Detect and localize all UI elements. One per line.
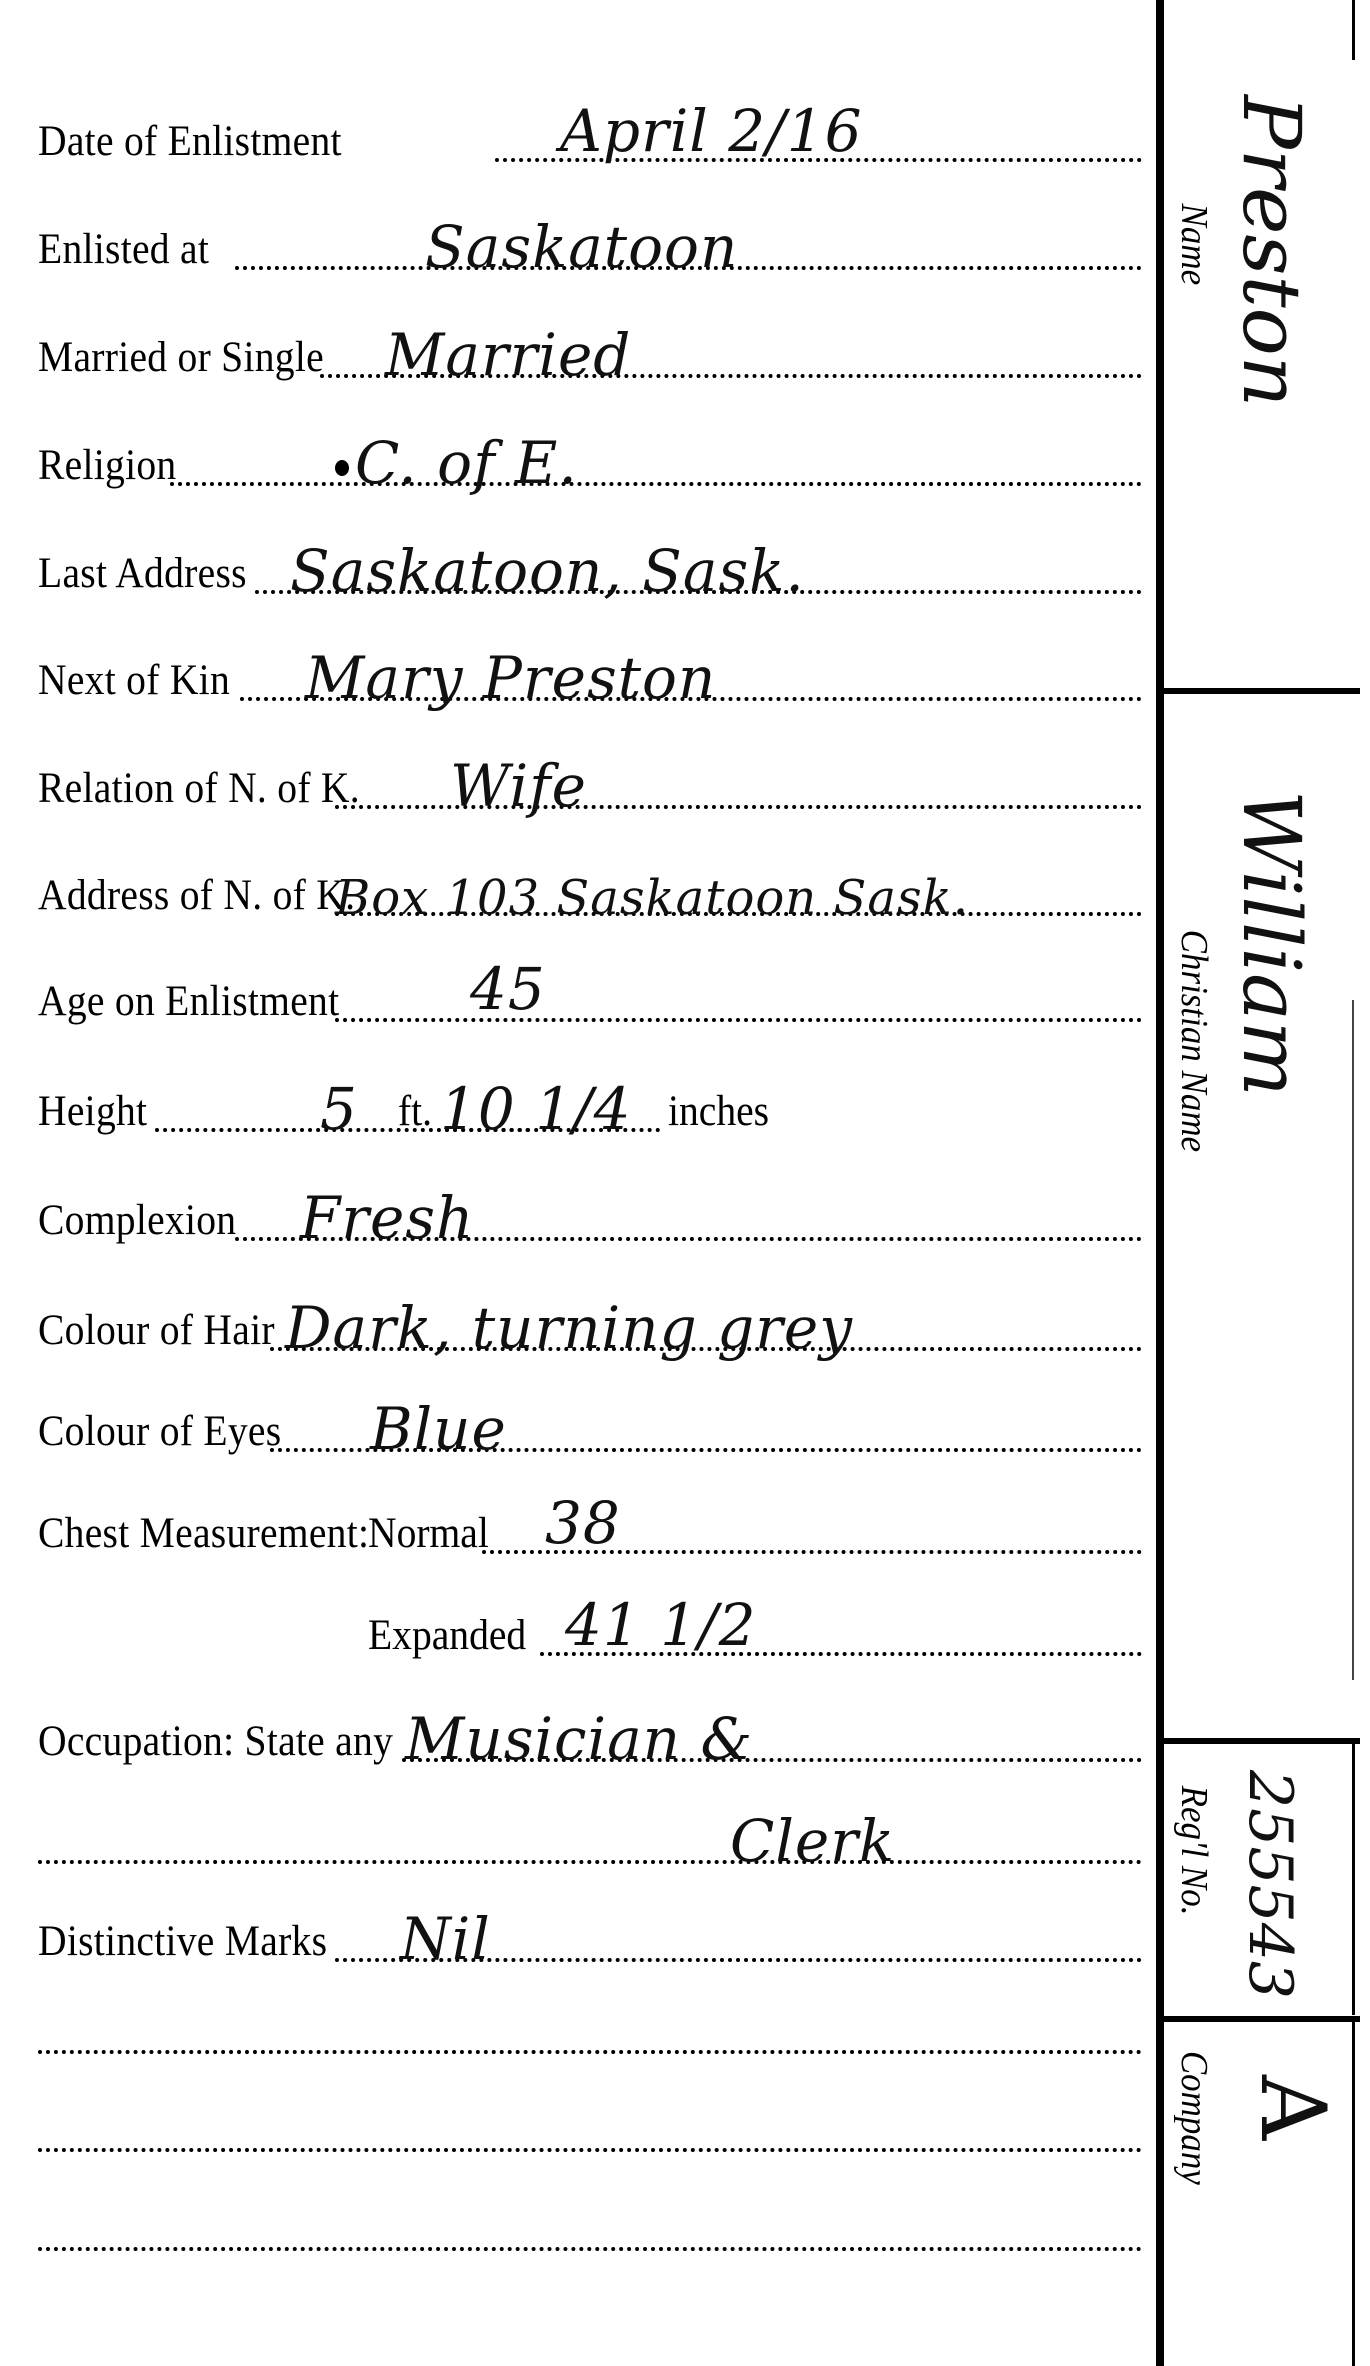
field-age-on-enlistment: Age on Enlistment 45 <box>0 978 1150 1038</box>
field-colour-of-hair: Colour of Hair Dark, turning grey <box>0 1307 1150 1367</box>
field-label: Last Address <box>38 549 247 598</box>
height-feet-value[interactable]: 5 <box>320 1080 358 1138</box>
field-value[interactable]: Blue <box>370 1400 507 1458</box>
feet-unit-label: ft. <box>398 1087 432 1136</box>
edge-rule <box>1352 0 1355 60</box>
company-label: Company <box>1172 2051 1216 2185</box>
field-label: Enlisted at <box>38 225 209 274</box>
field-label: Colour of Eyes <box>38 1407 281 1456</box>
field-value[interactable]: Fresh <box>300 1189 474 1247</box>
ink-blot <box>335 460 349 476</box>
edge-rule <box>1352 2020 1355 2366</box>
field-label: Married or Single <box>38 333 324 382</box>
field-label: Distinctive Marks <box>38 1917 327 1966</box>
field-value[interactable]: 38 <box>545 1494 621 1552</box>
regt-no-value[interactable]: 255543 <box>1235 1770 1305 1999</box>
surname-value[interactable]: Preston <box>1225 95 1318 407</box>
field-value[interactable]: Saskatoon, Sask. <box>290 542 805 600</box>
field-label: Next of Kin <box>38 656 230 705</box>
field-label: Chest Measurement: <box>38 1509 369 1558</box>
field-label: Relation of N. of K. <box>38 764 360 813</box>
dotted-line <box>335 1018 1142 1022</box>
field-relation-of-nok: Relation of N. of K. Wife <box>0 765 1150 825</box>
field-marital-status: Married or Single Married <box>0 334 1150 394</box>
field-value[interactable]: Box 103 Saskatoon Sask. <box>335 874 969 922</box>
dotted-line <box>170 482 1142 486</box>
field-value[interactable]: Mary Preston <box>305 649 716 707</box>
blank-line-1 <box>0 2010 1150 2070</box>
inches-unit-label: inches <box>668 1087 769 1136</box>
field-sub-label: Expanded <box>368 1611 526 1660</box>
christian-name-label: Christian Name <box>1172 930 1216 1152</box>
christian-name-value[interactable]: William <box>1225 790 1318 1097</box>
dotted-line <box>38 2050 1142 2054</box>
field-occupation: Occupation: State any Musician & <box>0 1718 1150 1778</box>
dotted-line <box>38 2148 1142 2152</box>
field-occupation-line-2: Clerk <box>0 1820 1150 1880</box>
section-divider <box>1164 2016 1360 2022</box>
field-value[interactable]: Wife <box>450 757 587 815</box>
name-label: Name <box>1172 204 1216 286</box>
field-value[interactable]: 45 <box>470 960 546 1018</box>
field-value[interactable]: 41 1/2 <box>565 1596 757 1654</box>
dotted-line <box>38 2247 1142 2251</box>
field-religion: Religion C. of E. <box>0 442 1150 502</box>
field-value[interactable]: April 2/16 <box>560 102 863 160</box>
blank-line-2 <box>0 2108 1150 2168</box>
field-value[interactable]: Saskatoon <box>425 218 738 276</box>
field-chest-expanded: Expanded 41 1/2 <box>0 1612 1150 1672</box>
field-enlisted-at: Enlisted at Saskatoon <box>0 226 1150 286</box>
field-colour-of-eyes: Colour of Eyes Blue <box>0 1408 1150 1468</box>
field-value[interactable]: Dark, turning grey <box>285 1299 853 1357</box>
field-sub-label: Normal <box>368 1509 489 1558</box>
field-date-of-enlistment: Date of Enlistment April 2/16 <box>0 118 1150 178</box>
field-label: Address of N. of K. <box>38 871 355 920</box>
dotted-line <box>38 1860 1142 1864</box>
field-value[interactable]: Married <box>385 326 631 384</box>
edge-rule <box>1352 1000 1354 1680</box>
field-value[interactable]: C. of E. <box>355 434 578 492</box>
field-last-address: Last Address Saskatoon, Sask. <box>0 550 1150 610</box>
field-value[interactable]: Nil <box>400 1910 491 1968</box>
field-label: Colour of Hair <box>38 1306 275 1355</box>
field-height: Height 5 ft. 10 1/4 inches <box>0 1088 1150 1148</box>
field-label: Date of Enlistment <box>38 117 342 166</box>
height-inches-value[interactable]: 10 1/4 <box>440 1080 632 1138</box>
field-label: Religion <box>38 441 176 490</box>
attestation-card: Date of Enlistment April 2/16 Enlisted a… <box>0 0 1370 2366</box>
field-chest-normal: Chest Measurement: Normal 38 <box>0 1510 1150 1570</box>
field-value[interactable]: Clerk <box>730 1812 895 1870</box>
section-divider <box>1164 688 1360 694</box>
field-distinctive-marks: Distinctive Marks Nil <box>0 1918 1150 1978</box>
field-label: Complexion <box>38 1196 236 1245</box>
field-address-of-nok: Address of N. of K. Box 103 Saskatoon Sa… <box>0 872 1150 932</box>
section-divider <box>1164 1738 1360 1744</box>
field-value[interactable]: Musician & <box>405 1710 753 1768</box>
edge-rule <box>1352 1740 1355 2015</box>
company-value[interactable]: A <box>1240 2075 1345 2140</box>
field-complexion: Complexion Fresh <box>0 1197 1150 1257</box>
field-label: Age on Enlistment <box>38 977 339 1026</box>
field-label: Height <box>38 1087 147 1136</box>
field-label: Occupation: State any <box>38 1717 393 1766</box>
regt-no-label: Reg'l No. <box>1172 1786 1216 1916</box>
field-next-of-kin: Next of Kin Mary Preston <box>0 657 1150 717</box>
blank-line-3 <box>0 2207 1150 2267</box>
column-divider <box>1156 0 1164 2366</box>
